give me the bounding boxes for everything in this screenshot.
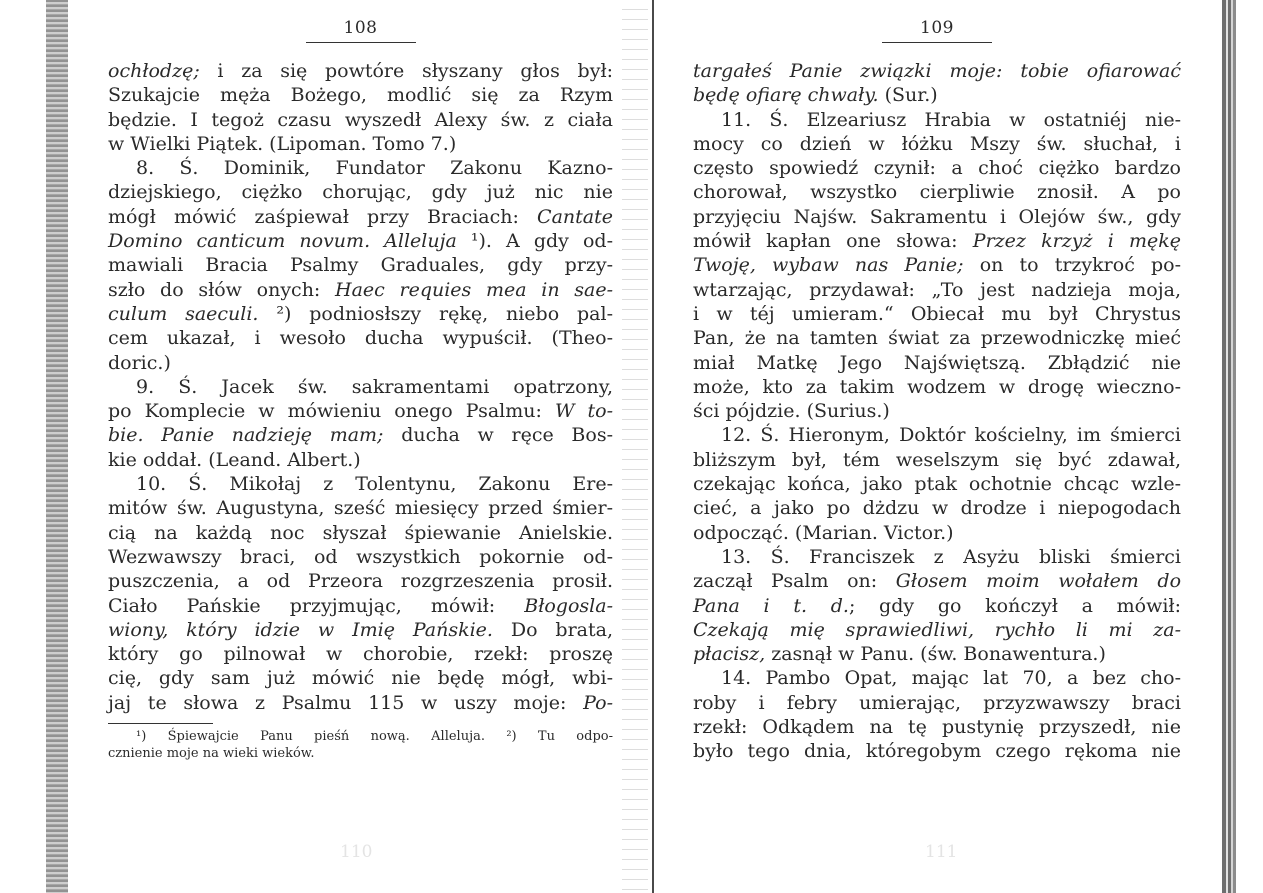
- left-binding-edge: [46, 0, 68, 893]
- text-segment: mówił kapłan one słowa:: [693, 230, 973, 252]
- text-line: ści pójdzie. (Surius.): [693, 399, 1181, 423]
- italic-segment: Cantate: [537, 206, 613, 228]
- text-line: bliższym był, tém weselszym się być zdaw…: [693, 448, 1181, 472]
- text-line: i w téj umieram.“ Obiecał mu był Chrystu…: [693, 302, 1181, 326]
- text-segment: kie oddał. (Leand. Albert.): [108, 449, 361, 471]
- text-segment: 8. Ś. Dominik, Fundator Zakonu Kazno-: [136, 157, 613, 179]
- text-segment: Pan, że na tamten świat za przewodniczkę…: [693, 327, 1181, 349]
- italic-segment: culum saeculi.: [108, 303, 258, 325]
- italic-segment: Twoję, wybaw nas Panie;: [693, 254, 964, 276]
- text-line: będę ofiarę chwały. (Sur.): [693, 83, 1181, 107]
- text-segment: będzie. I tegoż czasu wyszedł Alexy św. …: [108, 109, 613, 131]
- italic-segment: będę ofiarę chwały.: [693, 84, 879, 106]
- text-segment: może, kto za takim wodzem w drogę wieczn…: [693, 376, 1181, 398]
- bleed-through-page-number: 111: [925, 842, 957, 862]
- text-segment: Wezwawszy braci, od wszystkich pokornie …: [108, 546, 613, 568]
- text-line: ¹) Śpiewajcie Panu pieśń nową. Alleluja.…: [108, 728, 613, 745]
- text-line: Czekają mię sprawiedliwi, rychło li mi z…: [693, 618, 1181, 642]
- text-line: odpocząć. (Marian. Victor.): [693, 521, 1181, 545]
- italic-segment: Błogosla-: [524, 595, 613, 617]
- text-segment: miał Matkę Jego Najświętszą. Zbłądzić ni…: [693, 352, 1181, 374]
- text-segment: 10. Ś. Mikołaj z Tolentynu, Zakonu Ere-: [136, 473, 613, 495]
- text-segment: Szukajcie męża Bożego, modlić się za Rzy…: [108, 84, 613, 106]
- text-line: mówił kapłan one słowa: Przez krzyż i mę…: [693, 229, 1181, 253]
- footnote-rule: [108, 723, 213, 724]
- text-line: cią na każdą noc słyszał śpiewanie Aniel…: [108, 521, 613, 545]
- italic-segment: Haec requies mea in sae-: [335, 279, 613, 301]
- text-segment: mawiali Bracia Psalmy Graduales, gdy prz…: [108, 254, 613, 276]
- text-segment: i w téj umieram.“ Obiecał mu był Chrystu…: [693, 303, 1181, 325]
- text-line: w Wielki Piątek. (Lipoman. Tomo 7.): [108, 132, 613, 156]
- text-segment: cem ukazał, i wesoło ducha wypuścił. (Th…: [108, 327, 613, 349]
- text-line: ochłodzę; i za się powtóre słyszany głos…: [108, 59, 613, 83]
- bleed-through-page-number: 110: [340, 842, 372, 862]
- right-page: 109 targałeś Panie związki moje: tobie o…: [693, 18, 1181, 764]
- text-segment: ducha w ręce Bos-: [383, 424, 613, 446]
- text-line: jaj te słowa z Psalmu 115 w uszy moje: P…: [108, 691, 613, 715]
- text-segment: doric.): [108, 352, 171, 374]
- text-line: 12. Ś. Hieronym, Doktór kościelny, im śm…: [693, 423, 1181, 447]
- text-segment: szło do słów onych:: [108, 279, 335, 301]
- text-line: mógł mówić zaśpiewał przy Braciach: Cant…: [108, 205, 613, 229]
- text-line: targałeś Panie związki moje: tobie ofiar…: [693, 59, 1181, 83]
- italic-segment: bie. Panie nadzieję mam;: [108, 424, 383, 446]
- text-line: często spowiedź czynił: a choć ciężko ba…: [693, 156, 1181, 180]
- text-line: puszczenia, a od Przeora rozgrzeszenia p…: [108, 569, 613, 593]
- text-line: cznienie moje na wieki wieków.: [108, 745, 613, 762]
- text-segment: (Sur.): [879, 84, 938, 106]
- text-segment: zasnął w Panu. (św. Bonawentura.): [765, 643, 1106, 665]
- text-segment: odpocząć. (Marian. Victor.): [693, 522, 954, 544]
- text-line: Wezwawszy braci, od wszystkich pokornie …: [108, 545, 613, 569]
- text-segment: cznienie moje na wieki wieków.: [108, 746, 315, 761]
- text-line: culum saeculi. ²) podniosłszy rękę, nieb…: [108, 302, 613, 326]
- text-segment: wtarzając, przydawał: „To jest nadzieja …: [693, 279, 1181, 301]
- text-segment: ; gdy go kończył a mówił:: [849, 595, 1181, 617]
- italic-segment: Po-: [583, 692, 613, 714]
- left-page: 108 ochłodzę; i za się powtóre słyszany …: [108, 18, 613, 762]
- text-segment: jaj te słowa z Psalmu 115 w uszy moje:: [108, 692, 583, 714]
- italic-segment: Pana i t. d.: [693, 595, 849, 617]
- text-segment: po Komplecie w mówieniu onego Psalmu:: [108, 400, 555, 422]
- text-segment: on to trzykroć po-: [964, 254, 1181, 276]
- text-segment: puszczenia, a od Przeora rozgrzeszenia p…: [108, 570, 613, 592]
- text-line: który go pilnował w chorobie, rzekł: pro…: [108, 642, 613, 666]
- italic-segment: ochłodzę;: [108, 60, 200, 82]
- text-line: mocy co dzień w łóżku Mszy św. słuchał, …: [693, 132, 1181, 156]
- text-segment: było tego dnia, któregobym czego rękoma …: [693, 740, 1181, 762]
- text-line: było tego dnia, któregobym czego rękoma …: [693, 739, 1181, 763]
- italic-segment: płacisz,: [693, 643, 765, 665]
- text-segment: cią na każdą noc słyszał śpiewanie Aniel…: [108, 522, 613, 544]
- text-line: cem ukazał, i wesoło ducha wypuścił. (Th…: [108, 326, 613, 350]
- text-segment: przyjęciu Najśw. Sakramentu i Olejów św.…: [693, 206, 1181, 228]
- text-segment: 14. Pambo Opat, mając lat 70, a bez cho-: [721, 667, 1181, 689]
- text-line: po Komplecie w mówieniu onego Psalmu: W …: [108, 399, 613, 423]
- text-segment: czekając końca, jako ptak ochotnie chcąc…: [693, 473, 1181, 495]
- right-binding-edge: [1220, 0, 1246, 893]
- text-segment: Do brata,: [493, 619, 613, 641]
- text-line: mitów św. Augustyna, sześć miesięcy prze…: [108, 496, 613, 520]
- text-segment: chorował, wszystko cierpliwie znosił. A …: [693, 181, 1181, 203]
- italic-segment: Głosem moim wołałem do: [896, 570, 1181, 592]
- text-line: Szukajcie męża Bożego, modlić się za Rzy…: [108, 83, 613, 107]
- text-segment: 12. Ś. Hieronym, Doktór kościelny, im śm…: [721, 424, 1181, 446]
- text-segment: roby i febry umierając, przyzwawszy brac…: [693, 692, 1181, 714]
- text-line: czekając końca, jako ptak ochotnie chcąc…: [693, 472, 1181, 496]
- text-segment: który go pilnował w chorobie, rzekł: pro…: [108, 643, 613, 665]
- text-segment: 13. Ś. Franciszek z Asyżu bliski śmierci: [721, 546, 1181, 568]
- text-segment: bliższym był, tém weselszym się być zdaw…: [693, 449, 1181, 471]
- text-segment: mitów św. Augustyna, sześć miesięcy prze…: [108, 497, 613, 519]
- text-line: 10. Ś. Mikołaj z Tolentynu, Zakonu Ere-: [108, 472, 613, 496]
- text-line: doric.): [108, 351, 613, 375]
- text-line: miał Matkę Jego Najświętszą. Zbłądzić ni…: [693, 351, 1181, 375]
- page-number: 108: [306, 18, 416, 43]
- text-line: przyjęciu Najśw. Sakramentu i Olejów św.…: [693, 205, 1181, 229]
- text-segment: ²) podniosłszy rękę, niebo pal-: [258, 303, 613, 325]
- text-segment: Ciało Pańskie przyjmując, mówił:: [108, 595, 524, 617]
- text-line: Domino canticum novum. Alleluja ¹). A gd…: [108, 229, 613, 253]
- text-line: mawiali Bracia Psalmy Graduales, gdy prz…: [108, 253, 613, 277]
- page-body: ochłodzę; i za się powtóre słyszany głos…: [108, 59, 613, 715]
- text-segment: ¹). A gdy od-: [457, 230, 613, 252]
- text-line: Twoję, wybaw nas Panie; on to trzykroć p…: [693, 253, 1181, 277]
- text-segment: i za się powtóre słyszany głos był:: [200, 60, 613, 82]
- text-line: dziejskiego, ciężko chorując, gdy już ni…: [108, 180, 613, 204]
- text-line: płacisz, zasnął w Panu. (św. Bonawentura…: [693, 642, 1181, 666]
- text-segment: zaczął Psalm on:: [693, 570, 896, 592]
- text-line: bie. Panie nadzieję mam; ducha w ręce Bo…: [108, 423, 613, 447]
- text-line: Pan, że na tamten świat za przewodniczkę…: [693, 326, 1181, 350]
- text-line: 13. Ś. Franciszek z Asyżu bliski śmierci: [693, 545, 1181, 569]
- text-line: 11. Ś. Elzeariusz Hrabia w ostatniéj nie…: [693, 108, 1181, 132]
- text-line: 9. Ś. Jacek św. sakramentami opatrzony,: [108, 375, 613, 399]
- text-segment: cię, gdy sam już mówić nie będę mógł, wb…: [108, 667, 613, 689]
- text-line: Ciało Pańskie przyjmując, mówił: Błogosl…: [108, 594, 613, 618]
- text-line: wtarzając, przydawał: „To jest nadzieja …: [693, 278, 1181, 302]
- text-segment: ¹) Śpiewajcie Panu pieśń nową. Alleluja.…: [136, 729, 613, 744]
- text-line: kie oddał. (Leand. Albert.): [108, 448, 613, 472]
- gutter-shadow: [622, 0, 648, 893]
- text-line: szło do słów onych: Haec requies mea in …: [108, 278, 613, 302]
- center-gutter: [652, 0, 654, 893]
- italic-segment: targałeś Panie związki moje: tobie ofiar…: [693, 60, 1181, 82]
- text-line: może, kto za takim wodzem w drogę wieczn…: [693, 375, 1181, 399]
- text-segment: w Wielki Piątek. (Lipoman. Tomo 7.): [108, 133, 456, 155]
- italic-segment: W to-: [555, 400, 613, 422]
- page-number: 109: [882, 18, 992, 43]
- text-segment: mocy co dzień w łóżku Mszy św. słuchał, …: [693, 133, 1181, 155]
- text-segment: mógł mówić zaśpiewał przy Braciach:: [108, 206, 537, 228]
- text-line: zaczął Psalm on: Głosem moim wołałem do: [693, 569, 1181, 593]
- italic-segment: Przez krzyż i mękę: [973, 230, 1181, 252]
- text-line: wiony, który idzie w Imię Pańskie. Do br…: [108, 618, 613, 642]
- italic-segment: Czekają mię sprawiedliwi, rychło li mi z…: [693, 619, 1181, 641]
- text-segment: cieć, a jako po dżdzu w drodze i niepogo…: [693, 497, 1181, 519]
- italic-segment: Domino canticum novum. Alleluja: [108, 230, 457, 252]
- text-line: roby i febry umierając, przyzwawszy brac…: [693, 691, 1181, 715]
- book-spread: 110 111 108 ochłodzę; i za się powtóre s…: [0, 0, 1263, 893]
- text-line: chorował, wszystko cierpliwie znosił. A …: [693, 180, 1181, 204]
- text-line: rzekł: Odkądem na tę pustynię przyszedł,…: [693, 715, 1181, 739]
- text-line: 14. Pambo Opat, mając lat 70, a bez cho-: [693, 666, 1181, 690]
- text-line: cieć, a jako po dżdzu w drodze i niepogo…: [693, 496, 1181, 520]
- text-line: Pana i t. d.; gdy go kończył a mówił:: [693, 594, 1181, 618]
- italic-segment: wiony, który idzie w Imię Pańskie.: [108, 619, 493, 641]
- footnotes: ¹) Śpiewajcie Panu pieśń nową. Alleluja.…: [108, 728, 613, 762]
- text-line: cię, gdy sam już mówić nie będę mógł, wb…: [108, 666, 613, 690]
- page-body: targałeś Panie związki moje: tobie ofiar…: [693, 59, 1181, 764]
- text-segment: rzekł: Odkądem na tę pustynię przyszedł,…: [693, 716, 1181, 738]
- text-line: 8. Ś. Dominik, Fundator Zakonu Kazno-: [108, 156, 613, 180]
- text-segment: często spowiedź czynił: a choć ciężko ba…: [693, 157, 1181, 179]
- text-segment: 11. Ś. Elzeariusz Hrabia w ostatniéj nie…: [721, 109, 1181, 131]
- text-segment: ści pójdzie. (Surius.): [693, 400, 890, 422]
- text-line: będzie. I tegoż czasu wyszedł Alexy św. …: [108, 108, 613, 132]
- text-segment: 9. Ś. Jacek św. sakramentami opatrzony,: [136, 376, 613, 398]
- text-segment: dziejskiego, ciężko chorując, gdy już ni…: [108, 181, 613, 203]
